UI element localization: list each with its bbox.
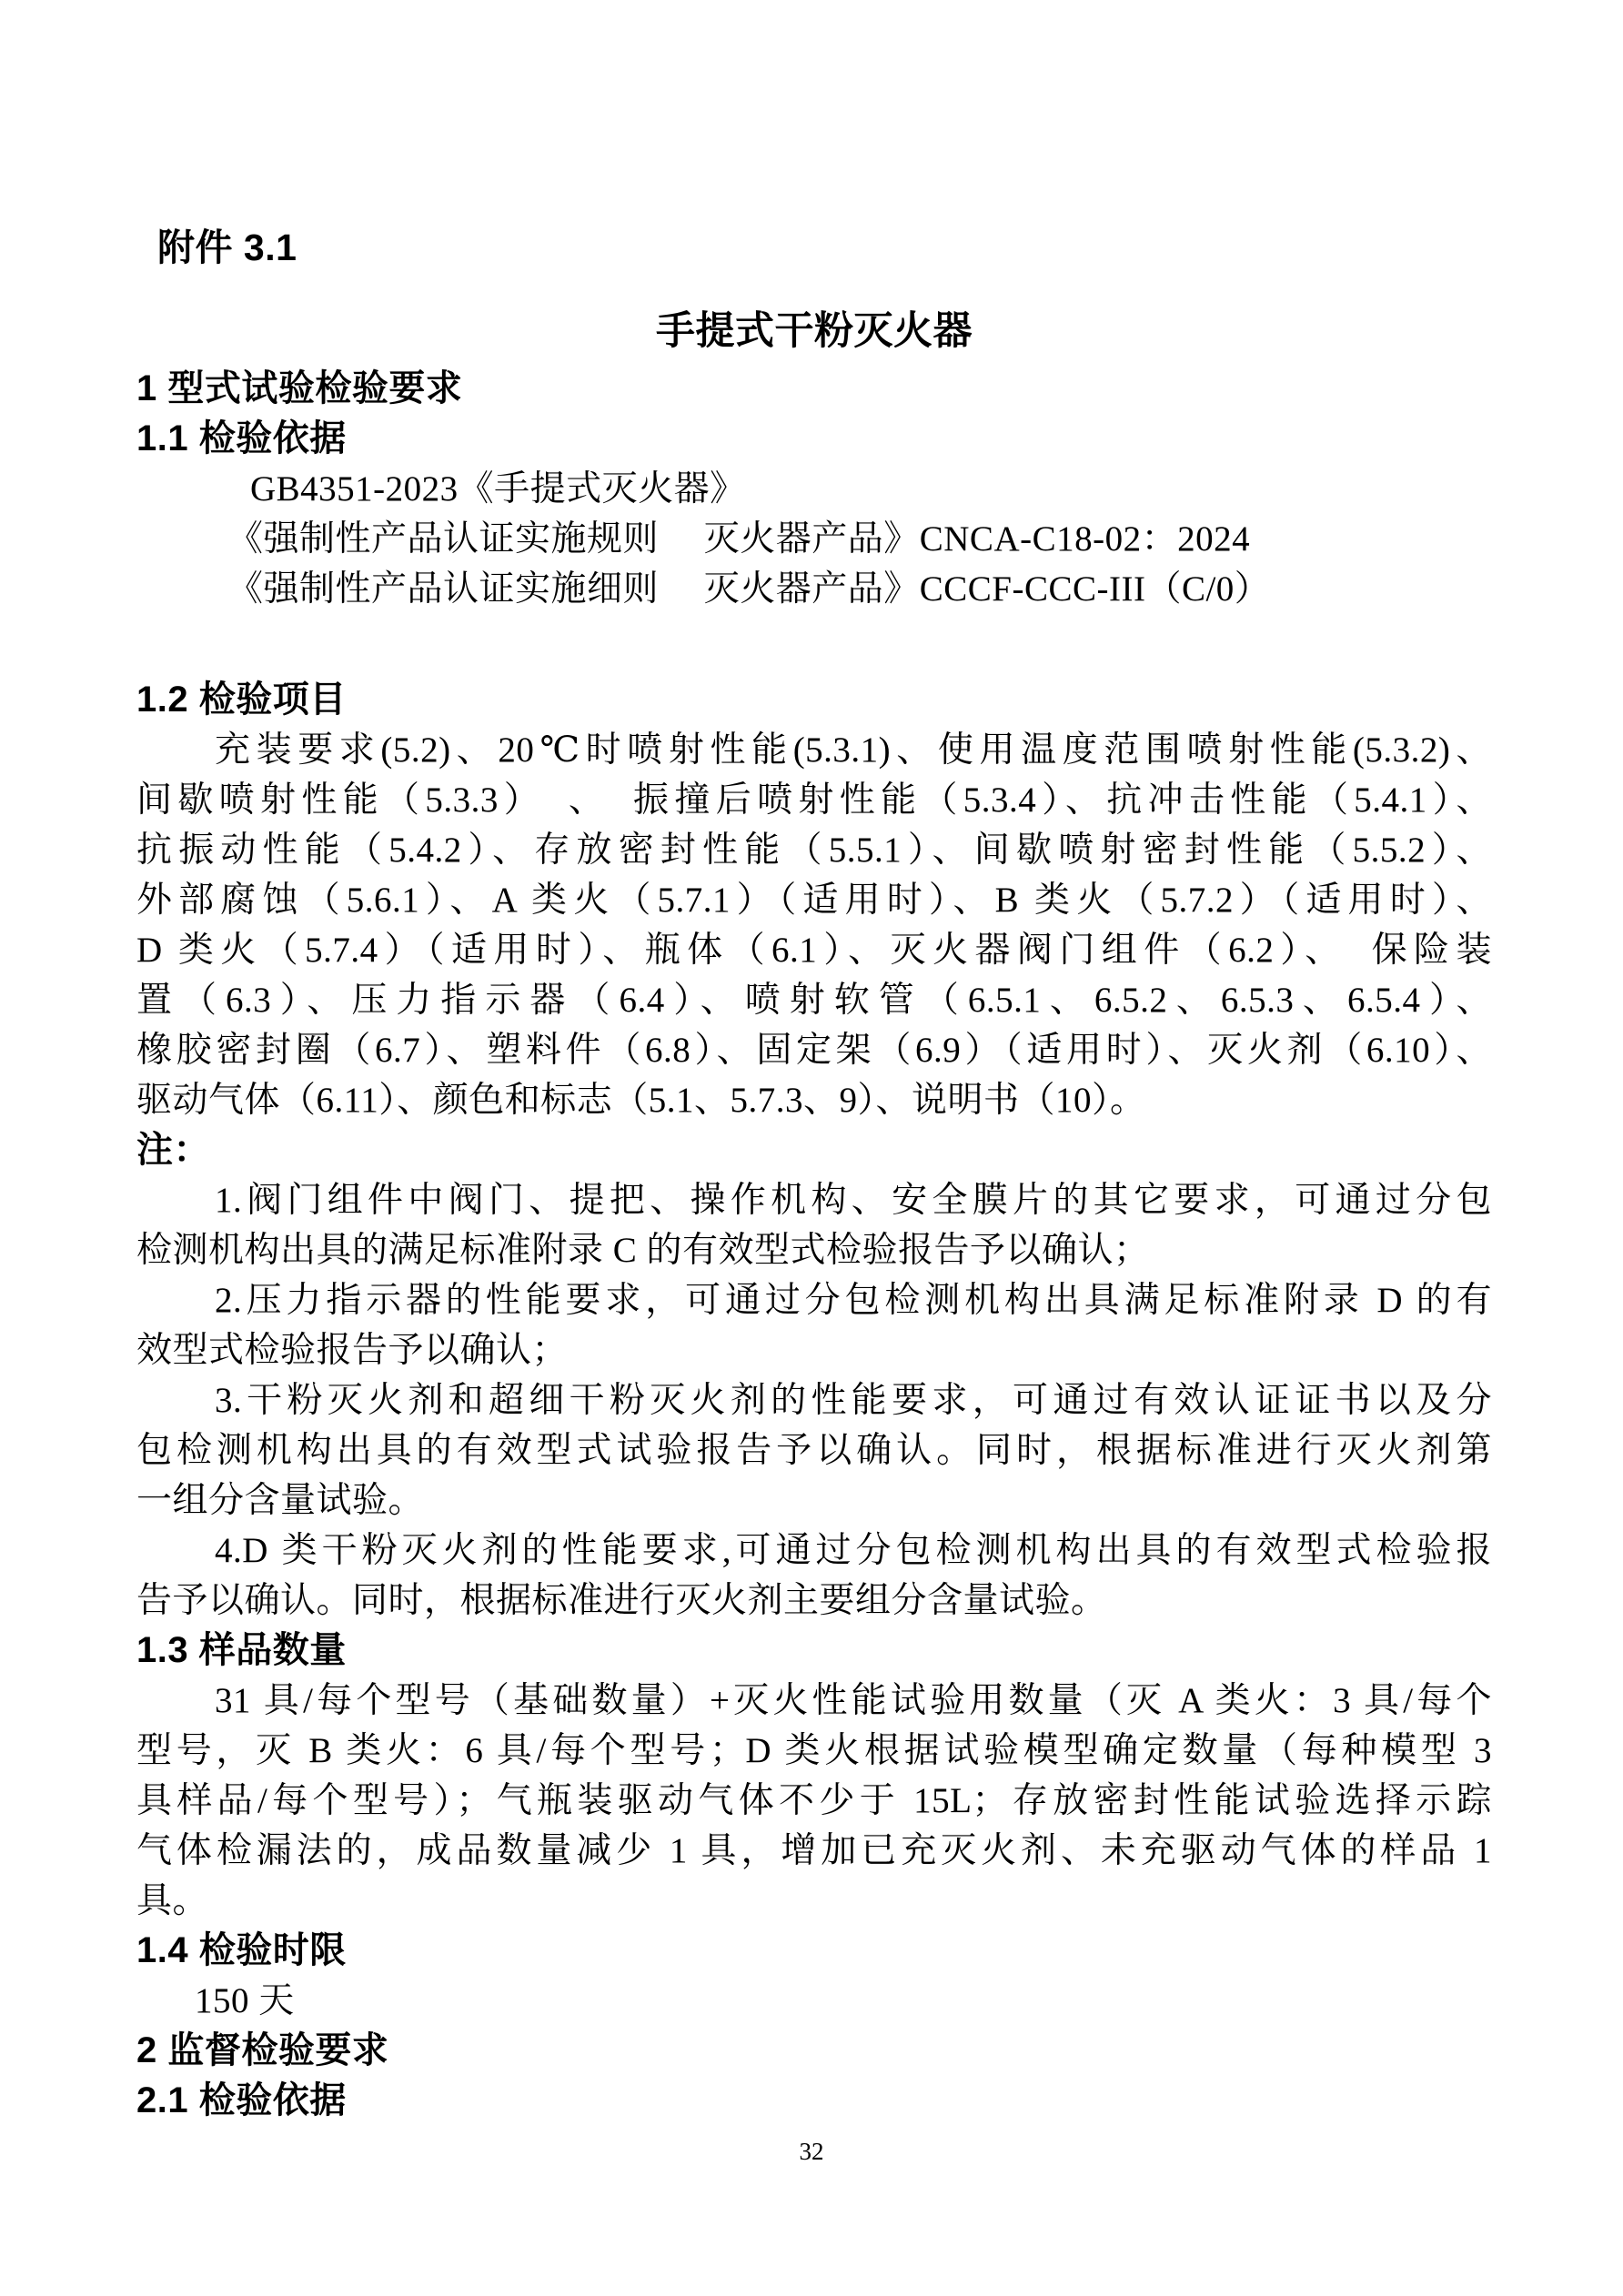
note-line: 检测机构出具的满足标准附录 C 的有效型式检验报告予以确认； [136, 1225, 1492, 1275]
items-paragraph-line: 橡胶密封圈（6.7）、塑料件（6.8）、固定架（6.9）（适用时）、灭火剂（6.… [136, 1025, 1492, 1075]
note-line: 一组分含量试验。 [136, 1475, 1492, 1526]
page-content: 附件 3.1 手提式干粉灭火器 1 型式试验检验要求 1.1 检验依据 GB43… [136, 223, 1492, 2126]
note-line: 包检测机构出具的有效型式试验报告予以确认。同时，根据标准进行灭火剂第 [136, 1425, 1492, 1475]
note-line: 3.干粉灭火剂和超细干粉灭火剂的性能要求，可通过有效认证证书以及分 [136, 1375, 1492, 1425]
section-1-1-heading: 1.1 检验依据 [136, 414, 1492, 464]
items-paragraph-line: 充装要求(5.2)、20℃时喷射性能(5.3.1)、使用温度范围喷射性能(5.3… [136, 725, 1492, 775]
section-1-4-heading: 1.4 检验时限 [136, 1926, 1492, 1976]
time-limit-value: 150 天 [136, 1976, 1492, 2026]
section-1-2-heading: 1.2 检验项目 [136, 675, 1492, 725]
notes-label: 注： [136, 1125, 1492, 1175]
samples-paragraph-line: 具样品/每个型号）；气瓶装驱动气体不少于 15L；存放密封性能试验选择示踪 [136, 1776, 1492, 1826]
items-paragraph-line: 驱动气体（6.11）、颜色和标志（5.1、5.7.3、9）、说明书（10）。 [136, 1075, 1492, 1125]
samples-paragraph-line: 31 具/每个型号（基础数量）+灭火性能试验用数量（灭 A 类火：3 具/每个 [136, 1676, 1492, 1726]
samples-paragraph-line: 气体检漏法的，成品数量减少 1 具，增加已充灭火剂、未充驱动气体的样品 1 [136, 1826, 1492, 1876]
note-line: 2.压力指示器的性能要求，可通过分包检测机构出具满足标准附录 D 的有 [136, 1275, 1492, 1325]
items-paragraph-line: 外部腐蚀（5.6.1）、A 类火（5.7.1）（适用时）、B 类火（5.7.2）… [136, 875, 1492, 925]
page-number: 32 [0, 2136, 1623, 2167]
note-line: 告予以确认。同时，根据标准进行灭火剂主要组分含量试验。 [136, 1576, 1492, 1626]
samples-paragraph-line: 具。 [136, 1876, 1492, 1926]
basis-line: GB4351-2023《手提式灭火器》 [136, 464, 1492, 514]
samples-paragraph-line: 型号，灭 B 类火：6 具/每个型号；D 类火根据试验模型确定数量（每种模型 3 [136, 1726, 1492, 1776]
basis-line: 《强制性产品认证实施规则 灭火器产品》CNCA-C18-02：2024 [136, 514, 1492, 564]
section-2-heading: 2 监督检验要求 [136, 2026, 1492, 2076]
note-line: 4.D 类干粉灭火剂的性能要求,可通过分包检测机构出具的有效型式检验报 [136, 1526, 1492, 1576]
items-paragraph-line: 抗振动性能（5.4.2）、存放密封性能（5.5.1）、间歇喷射密封性能（5.5.… [136, 825, 1492, 875]
basis-line: 《强制性产品认证实施细则 灭火器产品》CCCF-CCC-III（C/0） [136, 564, 1492, 614]
attachment-label: 附件 3.1 [157, 223, 1492, 273]
items-paragraph-line: D 类火（5.7.4）（适用时）、瓶体（6.1）、灭火器阀门组件（6.2）、 保… [136, 925, 1492, 975]
section-1-3-heading: 1.3 样品数量 [136, 1626, 1492, 1676]
page-title: 手提式干粉灭火器 [136, 307, 1492, 357]
section-1-heading: 1 型式试验检验要求 [136, 364, 1492, 414]
section-2-1-heading: 2.1 检验依据 [136, 2076, 1492, 2126]
document-page: 附件 3.1 手提式干粉灭火器 1 型式试验检验要求 1.1 检验依据 GB43… [0, 0, 1623, 2296]
note-line: 效型式检验报告予以确认； [136, 1325, 1492, 1375]
items-paragraph-line: 置（6.3）、压力指示器（6.4）、喷射软管（6.5.1、6.5.2、6.5.3… [136, 975, 1492, 1025]
note-line: 1.阀门组件中阀门、提把、操作机构、安全膜片的其它要求，可通过分包 [136, 1175, 1492, 1225]
items-paragraph-line: 间歇喷射性能（5.3.3） 、 振撞后喷射性能（5.3.4）、抗冲击性能（5.4… [136, 775, 1492, 825]
